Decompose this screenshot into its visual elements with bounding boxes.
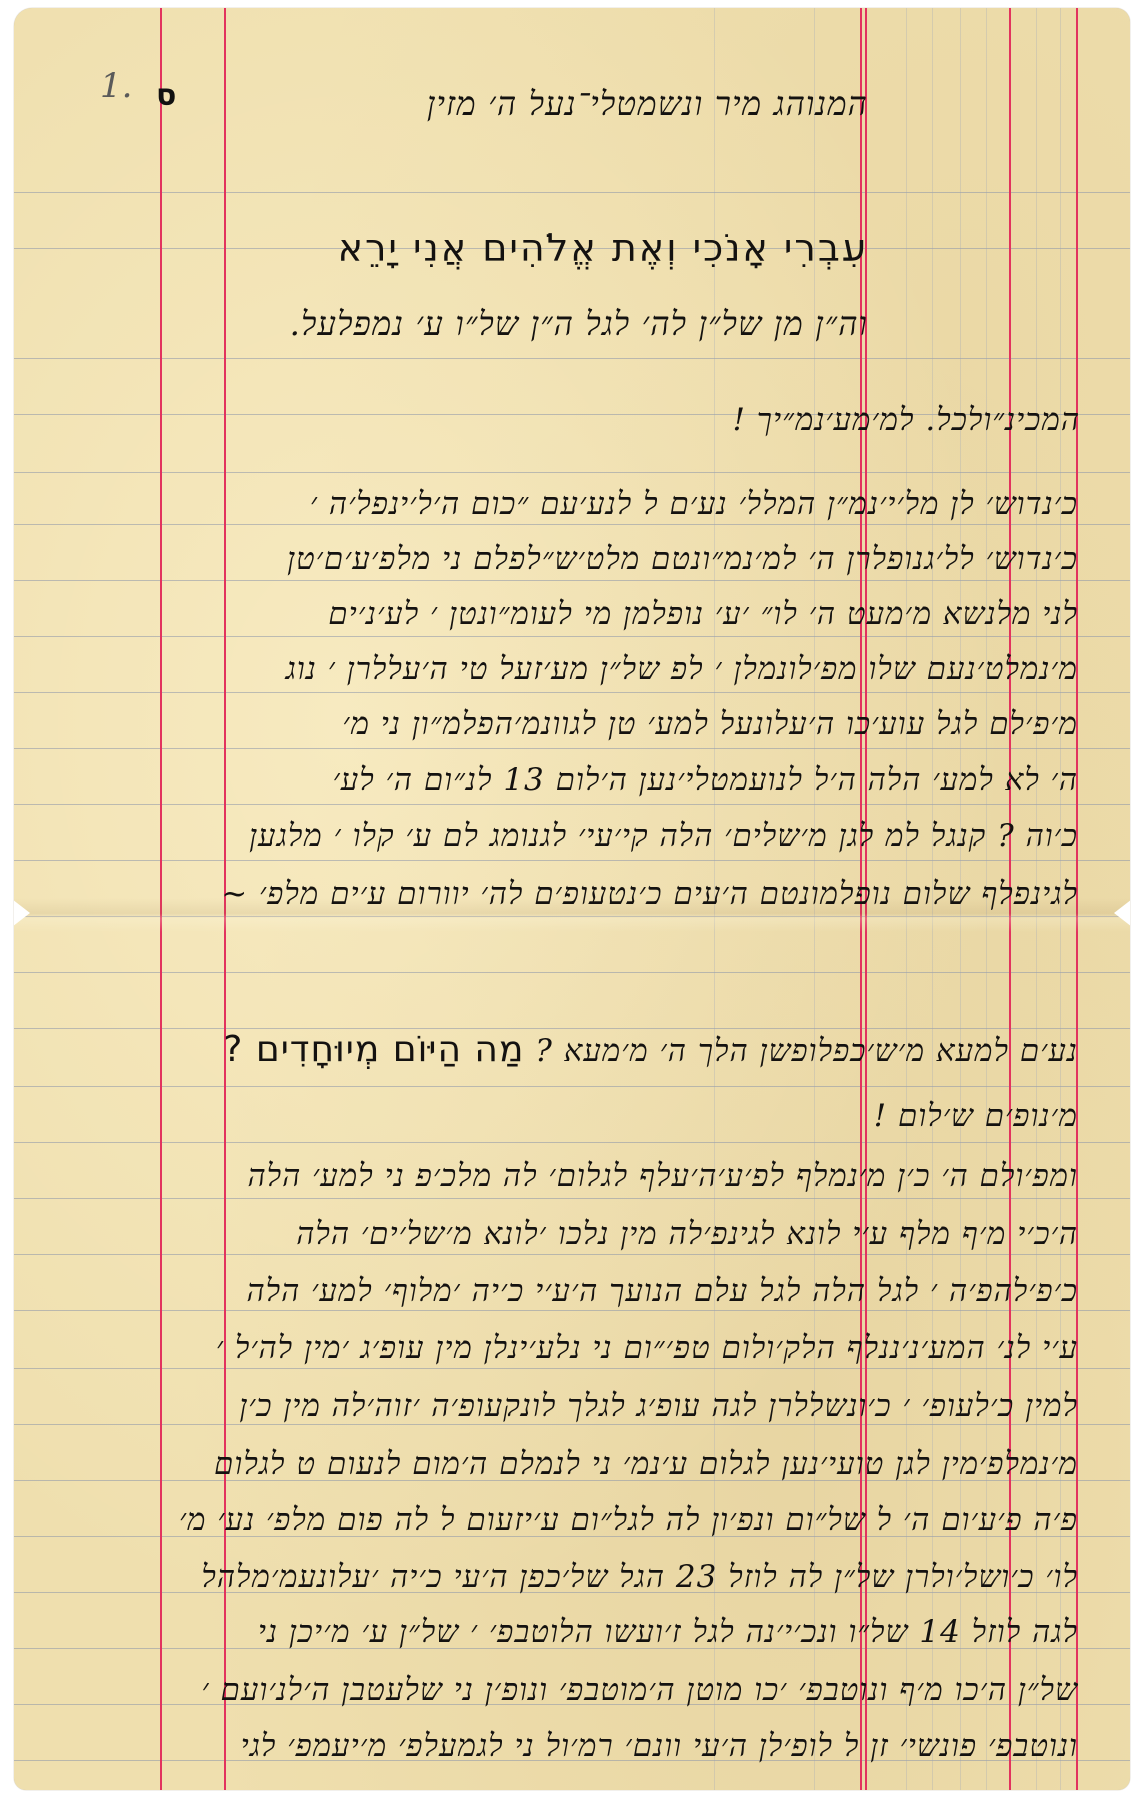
ruled-line	[14, 1028, 1130, 1029]
body-line: ונוטבפ׳ פונשי׳ זן ל לופ׳לן ה׳עי וונם׳ רמ…	[241, 1726, 1078, 1766]
body-line: לו׳ כ׳ושל׳ולרן של״ן לה לוזל 23 הגל של׳כפ…	[201, 1557, 1078, 1597]
body-line: כ׳נדוש׳ לל׳גנופלרן ה׳ למ׳נמ״ונטם מלט׳ש״ל…	[287, 539, 1078, 579]
margin-ink-mark: ס	[156, 78, 176, 113]
body-line: כ׳פ׳להפ׳ה ׳ לגל הלה לגל עלם הנועך ה׳ע׳י …	[247, 1271, 1079, 1311]
ruled-line	[14, 860, 1130, 861]
ruled-line	[14, 524, 1130, 525]
ruled-line	[14, 358, 1130, 359]
letter-paper: 1. ס המנוהג מיר ונשמטלי־נעל ה׳ מזין עִבְ…	[14, 8, 1130, 1790]
body-line: ומפ׳ולם ה׳ כ׳ן מ׳נמלף לפ׳ע׳ה׳עלף לגלום׳ …	[247, 1156, 1078, 1196]
body-line: מ׳נמלפ׳מין לגן טועי׳נען לגלום ע׳נמ׳ ני ל…	[214, 1444, 1078, 1484]
body-line: כ׳נדוש׳ לן מל׳י׳נמ״ן המלל׳ נע׳ם ל לנע׳עם…	[310, 484, 1078, 524]
body-line-text: נע׳ם למעא מ׳ש׳כפלופשן הלך ה׳ מ׳מעא ?	[535, 1033, 1078, 1069]
ruled-line	[14, 1142, 1130, 1143]
ruled-line	[14, 972, 1130, 973]
greeting-line: המכינ״ולכל. למ׳מע׳נמ״יך !	[733, 400, 1081, 440]
header-verse: עִבְרִי אָנֹכִי וְאֶת אֱלֹהִים אֲנִי יָר…	[338, 228, 868, 268]
ruled-line	[14, 804, 1130, 805]
page-number-annotation: 1.	[100, 66, 132, 106]
body-line: לגה לוזל 14 של״ו ונכ׳י׳נה לגל ז׳ועשו הלו…	[258, 1612, 1078, 1652]
body-line: פ׳ה פ׳ע׳ום ה׳ ל של״ום ונפ׳ון לה לגל״ום ע…	[179, 1500, 1078, 1540]
ruled-line	[14, 472, 1130, 473]
body-line: למין כ׳לעופ׳ ׳ כ׳ונשללרן לגה עופ׳ג לגלך …	[239, 1386, 1078, 1426]
body-line: ע׳י לנ׳ המע׳נ׳ננלף הלק׳ולום טפ׳״ום ני נל…	[216, 1328, 1078, 1368]
body-line: ה׳כ׳י מ׳ף מלף ע׳י לונא לגינפ׳לה מין נלכו…	[296, 1214, 1078, 1254]
header-line-3: וה״ן מן של״ן לה׳ לגל ה״ן של״ו ע׳ נמפלעל.	[289, 304, 868, 344]
body-line: לגינפלף שלום נופלמונטם ה׳עים כ׳נטעופ׳ם ל…	[221, 874, 1078, 914]
body-line: מ׳נמלט׳נעם שלו מפ׳לונמלן ׳ לפ של״ן מע׳זע…	[286, 649, 1078, 689]
ruled-line	[14, 748, 1130, 749]
body-line: כ׳וה ? קנגל למ לגן מ׳שלים׳ הלה קי׳עי׳ לג…	[249, 816, 1078, 856]
ruled-line	[14, 1198, 1130, 1199]
square-phrase: מַה הַיּוֹם מְיוּחָדִים ?	[223, 1029, 524, 1070]
body-line: של״ן ה׳כו מ׳ף ונוטבפ׳ ׳כו מוטן ה׳מוטבפ׳ …	[202, 1670, 1078, 1710]
body-line: מ׳נופ׳ם ש׳לום !	[874, 1096, 1078, 1136]
ruled-line	[14, 1368, 1130, 1369]
body-line: לני מלנשא מ׳מעט ה׳ לו״ ׳ע׳ נופלמן מי לעו…	[328, 594, 1078, 634]
body-line: ה׳ לא למע׳ הלה ה׳ל לנועמטלי׳נען ה׳לום 13…	[333, 760, 1078, 800]
header-line-1: המנוהג מיר ונשמטלי־נעל ה׳ מזין	[427, 84, 868, 124]
body-line-with-question: נע׳ם למעא מ׳ש׳כפלופשן הלך ה׳ מ׳מעא ? מַה…	[223, 1030, 1078, 1071]
ruled-line	[14, 192, 1130, 193]
ruled-line	[14, 1086, 1130, 1087]
ruled-line	[14, 1254, 1130, 1255]
ruled-line	[14, 636, 1130, 637]
ruled-line	[14, 692, 1130, 693]
body-line: מ׳פ׳לם לגל עוע׳כו ה׳עלונעל למע׳ טן לגוונ…	[342, 704, 1078, 744]
ruled-line	[14, 580, 1130, 581]
